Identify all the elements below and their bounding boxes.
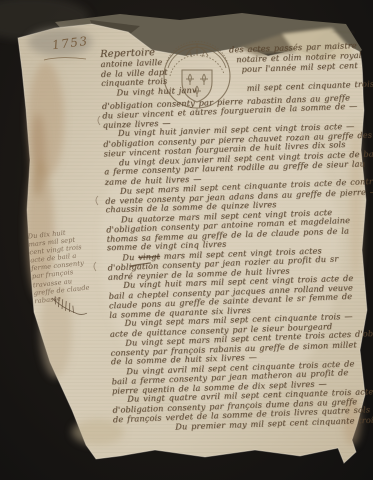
manuscript-text-block: Repertoiredes actes passés par maistre a…	[100, 41, 373, 435]
photographed-manuscript: 1753 Repertoiredes actes passés par mais…	[0, 0, 373, 480]
entries-block: d'obligation consenty par pierre rabasti…	[102, 93, 373, 435]
margin-note: Du dix huit mars mil sept cent vingt tro…	[27, 226, 100, 305]
stamp-gap	[196, 84, 246, 96]
